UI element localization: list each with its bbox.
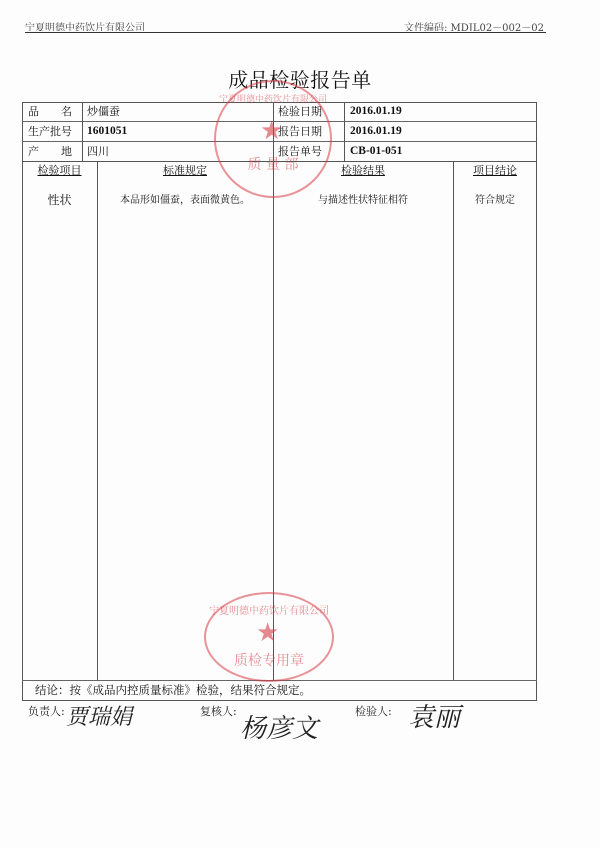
product-name-label: 品 名 bbox=[28, 102, 78, 121]
batch-value: 1601051 bbox=[87, 122, 127, 141]
responsible-signature: 贾瑞娟 bbox=[66, 700, 132, 731]
inspect-date-value: 2016.01.19 bbox=[350, 102, 402, 121]
row-standard: 本品形如僵蚕，表面微黄色。 bbox=[97, 191, 273, 210]
report-date-value: 2016.01.19 bbox=[350, 122, 402, 141]
inspector-signature: 袁丽 bbox=[408, 697, 460, 734]
inspector-label: 检验人: bbox=[355, 703, 392, 719]
header-standard: 标准规定 bbox=[97, 161, 273, 180]
responsible-label: 负责人: bbox=[28, 703, 65, 719]
page-title: 成品检验报告单 bbox=[0, 64, 600, 93]
reviewer-label: 复核人: bbox=[200, 703, 237, 719]
header-item: 检验项目 bbox=[22, 161, 97, 180]
reviewer-signature: 杨彦文 bbox=[240, 708, 318, 745]
inspect-date-label: 检验日期 bbox=[278, 102, 322, 121]
document-code: 文件编码: MDJL02－002－02 bbox=[404, 19, 544, 31]
header-result: 检验结果 bbox=[273, 161, 453, 180]
divider bbox=[97, 161, 98, 681]
row-result: 与描述性状特征相符 bbox=[273, 191, 453, 210]
report-no-label: 报告单号 bbox=[278, 142, 322, 161]
header-conclusion: 项目结论 bbox=[453, 161, 537, 180]
header-divider bbox=[25, 32, 546, 33]
divider bbox=[82, 102, 83, 162]
product-name-value: 炒僵蚕 bbox=[87, 102, 120, 121]
company-header: 宁夏明德中药饮片有限公司 bbox=[25, 19, 145, 31]
divider bbox=[453, 161, 454, 681]
row-item: 性状 bbox=[22, 191, 97, 210]
batch-label: 生产批号 bbox=[28, 122, 72, 141]
report-no-value: CB-01-051 bbox=[350, 142, 402, 161]
label-text: 品 名 bbox=[28, 102, 72, 121]
row-conclusion: 符合规定 bbox=[453, 191, 537, 210]
origin-label: 产 地 bbox=[28, 142, 72, 161]
divider bbox=[273, 161, 274, 681]
results-table bbox=[22, 161, 537, 701]
conclusion-text: 结论：按《成品内控质量标准》检验，结果符合规定。 bbox=[35, 681, 311, 700]
origin-value: 四川 bbox=[87, 142, 109, 161]
report-date-label: 报告日期 bbox=[278, 122, 322, 141]
divider bbox=[273, 102, 274, 162]
divider bbox=[344, 102, 345, 162]
